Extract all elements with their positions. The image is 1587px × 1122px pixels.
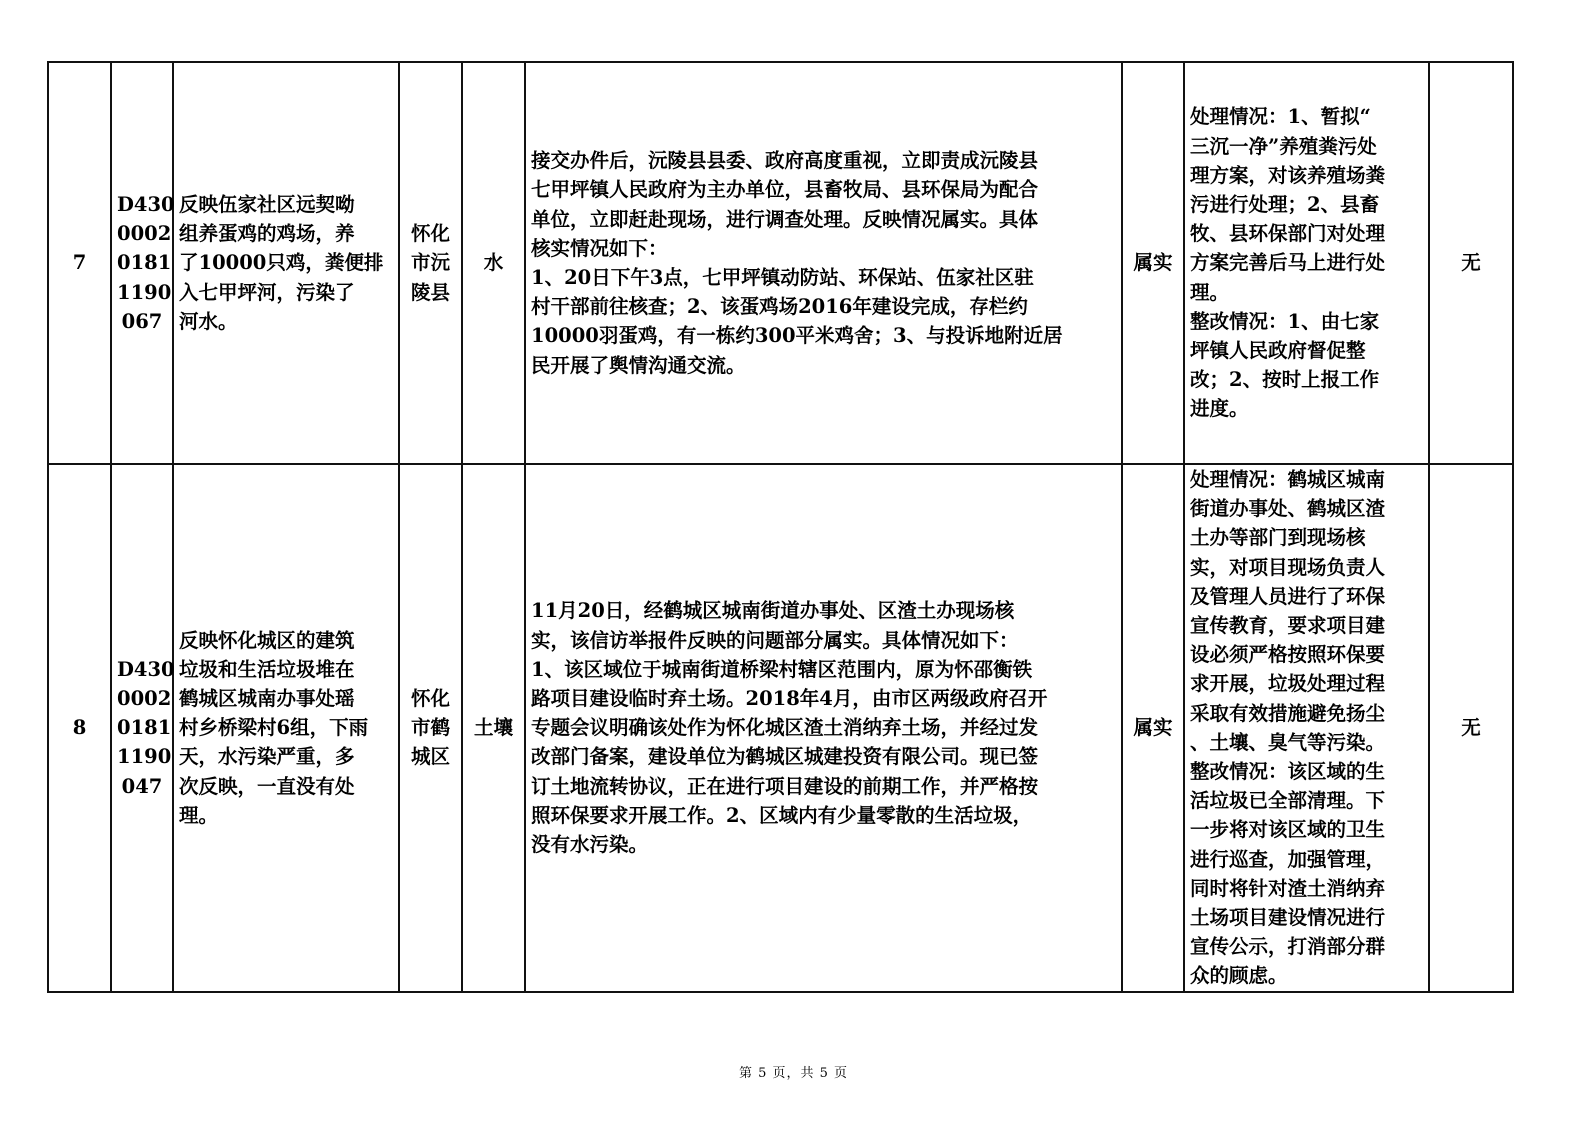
page-number: 第 5 页，共 5 页 [0, 1062, 1587, 1081]
verdict: 属实 [1122, 464, 1184, 992]
case-id: D430 0002 0181 1190 047 [111, 464, 173, 992]
investigation-details: 接交办件后，沅陵县县委、政府高度重视，立即责成沅陵县 七甲坪镇人民政府为主办单位… [525, 62, 1122, 464]
row-number: 7 [48, 62, 111, 464]
verdict: 属实 [1122, 62, 1184, 464]
handling-rectification: 处理情况：1、暂拟“ 三沉一净”养殖粪污处 理方案，对该养殖场粪 污进行处理；2… [1184, 62, 1429, 464]
complaint-table: 7 D430 0002 0181 1190 067 反映伍家社区远契呦 组养蛋鸡… [47, 61, 1514, 993]
table-row: 7 D430 0002 0181 1190 067 反映伍家社区远契呦 组养蛋鸡… [48, 62, 1513, 464]
admin-area: 怀化 市沅 陵县 [399, 62, 462, 464]
case-id: D430 0002 0181 1190 067 [111, 62, 173, 464]
admin-area: 怀化 市鹤 城区 [399, 464, 462, 992]
accountability: 无 [1429, 62, 1513, 464]
complaint-text: 反映怀化城区的建筑 垃圾和生活垃圾堆在 鹤城区城南办事处瑶 村乡桥梁村6组，下雨… [173, 464, 399, 992]
row-number: 8 [48, 464, 111, 992]
pollution-type: 土壤 [462, 464, 525, 992]
table-row: 8 D430 0002 0181 1190 047 反映怀化城区的建筑 垃圾和生… [48, 464, 1513, 992]
complaint-text: 反映伍家社区远契呦 组养蛋鸡的鸡场，养 了10000只鸡，粪便排 入七甲坪河，污… [173, 62, 399, 464]
accountability: 无 [1429, 464, 1513, 992]
pollution-type: 水 [462, 62, 525, 464]
investigation-details: 11月20日，经鹤城区城南街道办事处、区渣土办现场核 实，该信访举报件反映的问题… [525, 464, 1122, 992]
handling-rectification: 处理情况：鹤城区城南 街道办事处、鹤城区渣 土办等部门到现场核 实，对项目现场负… [1184, 464, 1429, 992]
